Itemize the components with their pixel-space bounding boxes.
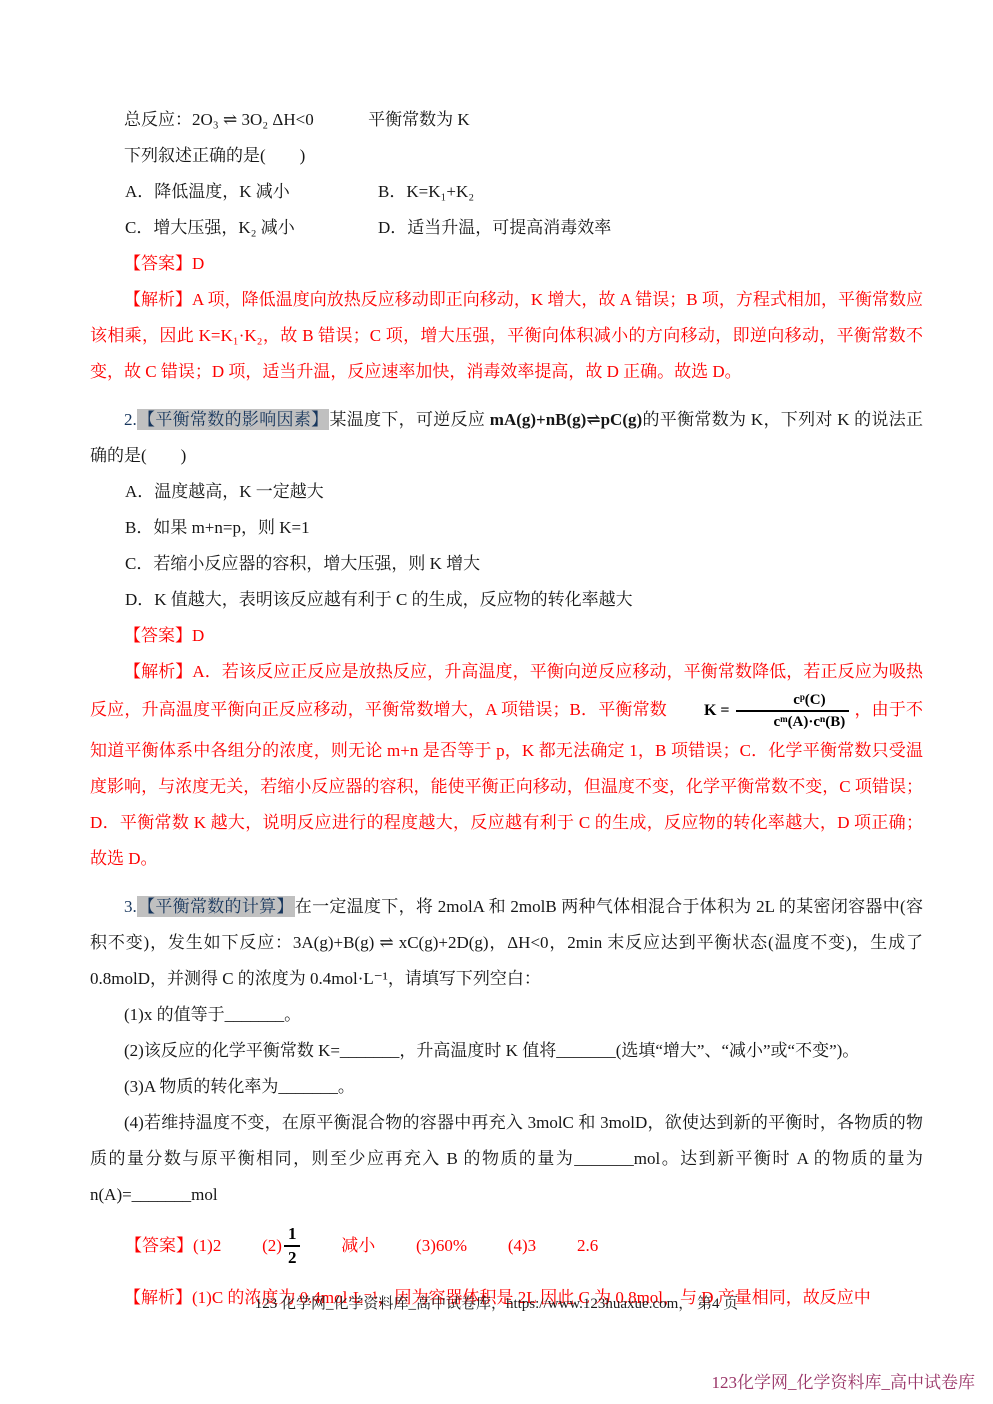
- q1-answer-line: 【答案】D: [90, 246, 923, 282]
- q2-number: 2.: [124, 410, 137, 429]
- site-watermark: 123化学网_化学资料库_高中试卷库: [712, 1368, 976, 1393]
- q3-answer-4b: 2.6: [577, 1224, 598, 1268]
- q2-option-a: A．温度越高，K 一定越大: [90, 474, 923, 510]
- q1-option-c: C．增大压强，K₂ 减小: [125, 210, 378, 246]
- q3-blank-2: (2)该反应的化学平衡常数 K=_______，升高温度时 K 值将______…: [90, 1033, 923, 1069]
- q2-answer-value: D: [192, 626, 204, 645]
- q1-total-reaction: 总反应：2O₃ ⇌ 3O₂ ΔH<0: [124, 110, 314, 129]
- q2-stem: 2.【平衡常数的影响因素】某温度下，可逆反应 mA(g)+nB(g)⇌pC(g)…: [90, 402, 923, 474]
- q1-analysis-label: 【解析】: [124, 290, 192, 309]
- question-1-section: 总反应：2O₃ ⇌ 3O₂ ΔH<0平衡常数为 K 下列叙述正确的是( ) A．…: [90, 102, 923, 390]
- q1-k-label: 平衡常数为 K: [368, 110, 470, 129]
- equilibrium-constant-formula: K =cᵖ(C)cᵐ(A)·cⁿ(B): [670, 690, 851, 733]
- q1-answer-label: 【答案】: [124, 254, 192, 273]
- q1-stem: 下列叙述正确的是( ): [90, 138, 923, 174]
- q1-analysis: 【解析】A 项，降低温度向放热反应移动即正向移动，K 增大，故 A 错误；B 项…: [90, 282, 923, 390]
- q3-stem: 3.【平衡常数的计算】在一定温度下，将 2molA 和 2molB 两种气体相混…: [90, 889, 923, 997]
- q3-answer-2-word: 减小: [341, 1224, 375, 1268]
- q2-analysis-label: 【解析】: [124, 662, 192, 681]
- document-page: 总反应：2O₃ ⇌ 3O₂ ΔH<0平衡常数为 K 下列叙述正确的是( ) A．…: [0, 0, 993, 1404]
- q3-answer-4: (4)3: [508, 1224, 536, 1268]
- q2-option-c: C．若缩小反应器的容积，增大压强，则 K 增大: [90, 546, 923, 582]
- q3-answer-label: 【答案】: [125, 1224, 193, 1268]
- q3-blank-3: (3)A 物质的转化率为_______。: [90, 1069, 923, 1105]
- q1-option-d: D．适当升温，可提高消毒效率: [378, 210, 923, 246]
- formula-denominator: cᵐ(A)·cⁿ(B): [736, 712, 850, 732]
- formula-numerator: cᵖ(C): [736, 690, 850, 712]
- q3-number: 3.: [124, 897, 137, 916]
- formula-lhs: K =: [670, 693, 730, 729]
- q3-answer-2-fraction: 12: [284, 1223, 301, 1271]
- q2-option-d: D．K 值越大，表明该反应越有利于 C 的生成，反应物的转化率越大: [90, 582, 923, 618]
- q2-reaction-equation: mA(g)+nB(g)⇌pC(g): [490, 410, 642, 429]
- q1-reaction-line: 总反应：2O₃ ⇌ 3O₂ ΔH<0平衡常数为 K: [90, 102, 923, 138]
- formula-fraction: cᵖ(C)cᵐ(A)·cⁿ(B): [736, 690, 850, 733]
- q3-answer-1: (1)2: [193, 1224, 221, 1268]
- q1-analysis-text: A 项，降低温度向放热反应移动即正向移动，K 增大，故 A 错误；B 项，方程式…: [90, 290, 923, 381]
- q3-answer-line: 【答案】 (1)2 (2) 12 减小 (3)60% (4)3 2.6: [90, 1223, 923, 1271]
- q3-blank-4: (4)若维持温度不变，在原平衡混合物的容器中再充入 3molC 和 3molD，…: [90, 1105, 923, 1213]
- q2-answer-label: 【答案】: [124, 626, 192, 645]
- fraction-denominator: 2: [284, 1247, 301, 1270]
- q3-topic-badge: 【平衡常数的计算】: [137, 896, 295, 917]
- q2-topic-badge: 【平衡常数的影响因素】: [137, 409, 330, 430]
- q1-answer-value: D: [192, 254, 204, 273]
- q1-option-b: B．K=K₁+K₂: [378, 174, 923, 210]
- question-2-section: 2.【平衡常数的影响因素】某温度下，可逆反应 mA(g)+nB(g)⇌pC(g)…: [90, 402, 923, 877]
- q2-option-b: B．如果 m+n=p，则 K=1: [90, 510, 923, 546]
- fraction-numerator: 1: [284, 1223, 301, 1248]
- q1-options: A．降低温度，K 减小 B．K=K₁+K₂ C．增大压强，K₂ 减小 D．适当升…: [90, 174, 923, 246]
- q2-analysis: 【解析】A．若该反应正反应是放热反应，升高温度，平衡向逆反应移动，平衡常数降低，…: [90, 654, 923, 877]
- q3-blank-1: (1)x 的值等于_______。: [90, 997, 923, 1033]
- q2-answer-line: 【答案】D: [90, 618, 923, 654]
- question-3-section: 3.【平衡常数的计算】在一定温度下，将 2molA 和 2molB 两种气体相混…: [90, 889, 923, 1317]
- q3-answer-3: (3)60%: [416, 1224, 467, 1268]
- q3-answer-2-prefix: (2): [262, 1224, 282, 1268]
- page-footer: 123 化学网_化学资料库_高中试卷库，https://www.123huaxu…: [0, 1292, 993, 1313]
- q2-stem-pre: 某温度下，可逆反应: [329, 410, 489, 429]
- q1-option-a: A．降低温度，K 减小: [125, 174, 378, 210]
- document-content: 总反应：2O₃ ⇌ 3O₂ ΔH<0平衡常数为 K 下列叙述正确的是( ) A．…: [90, 102, 923, 1316]
